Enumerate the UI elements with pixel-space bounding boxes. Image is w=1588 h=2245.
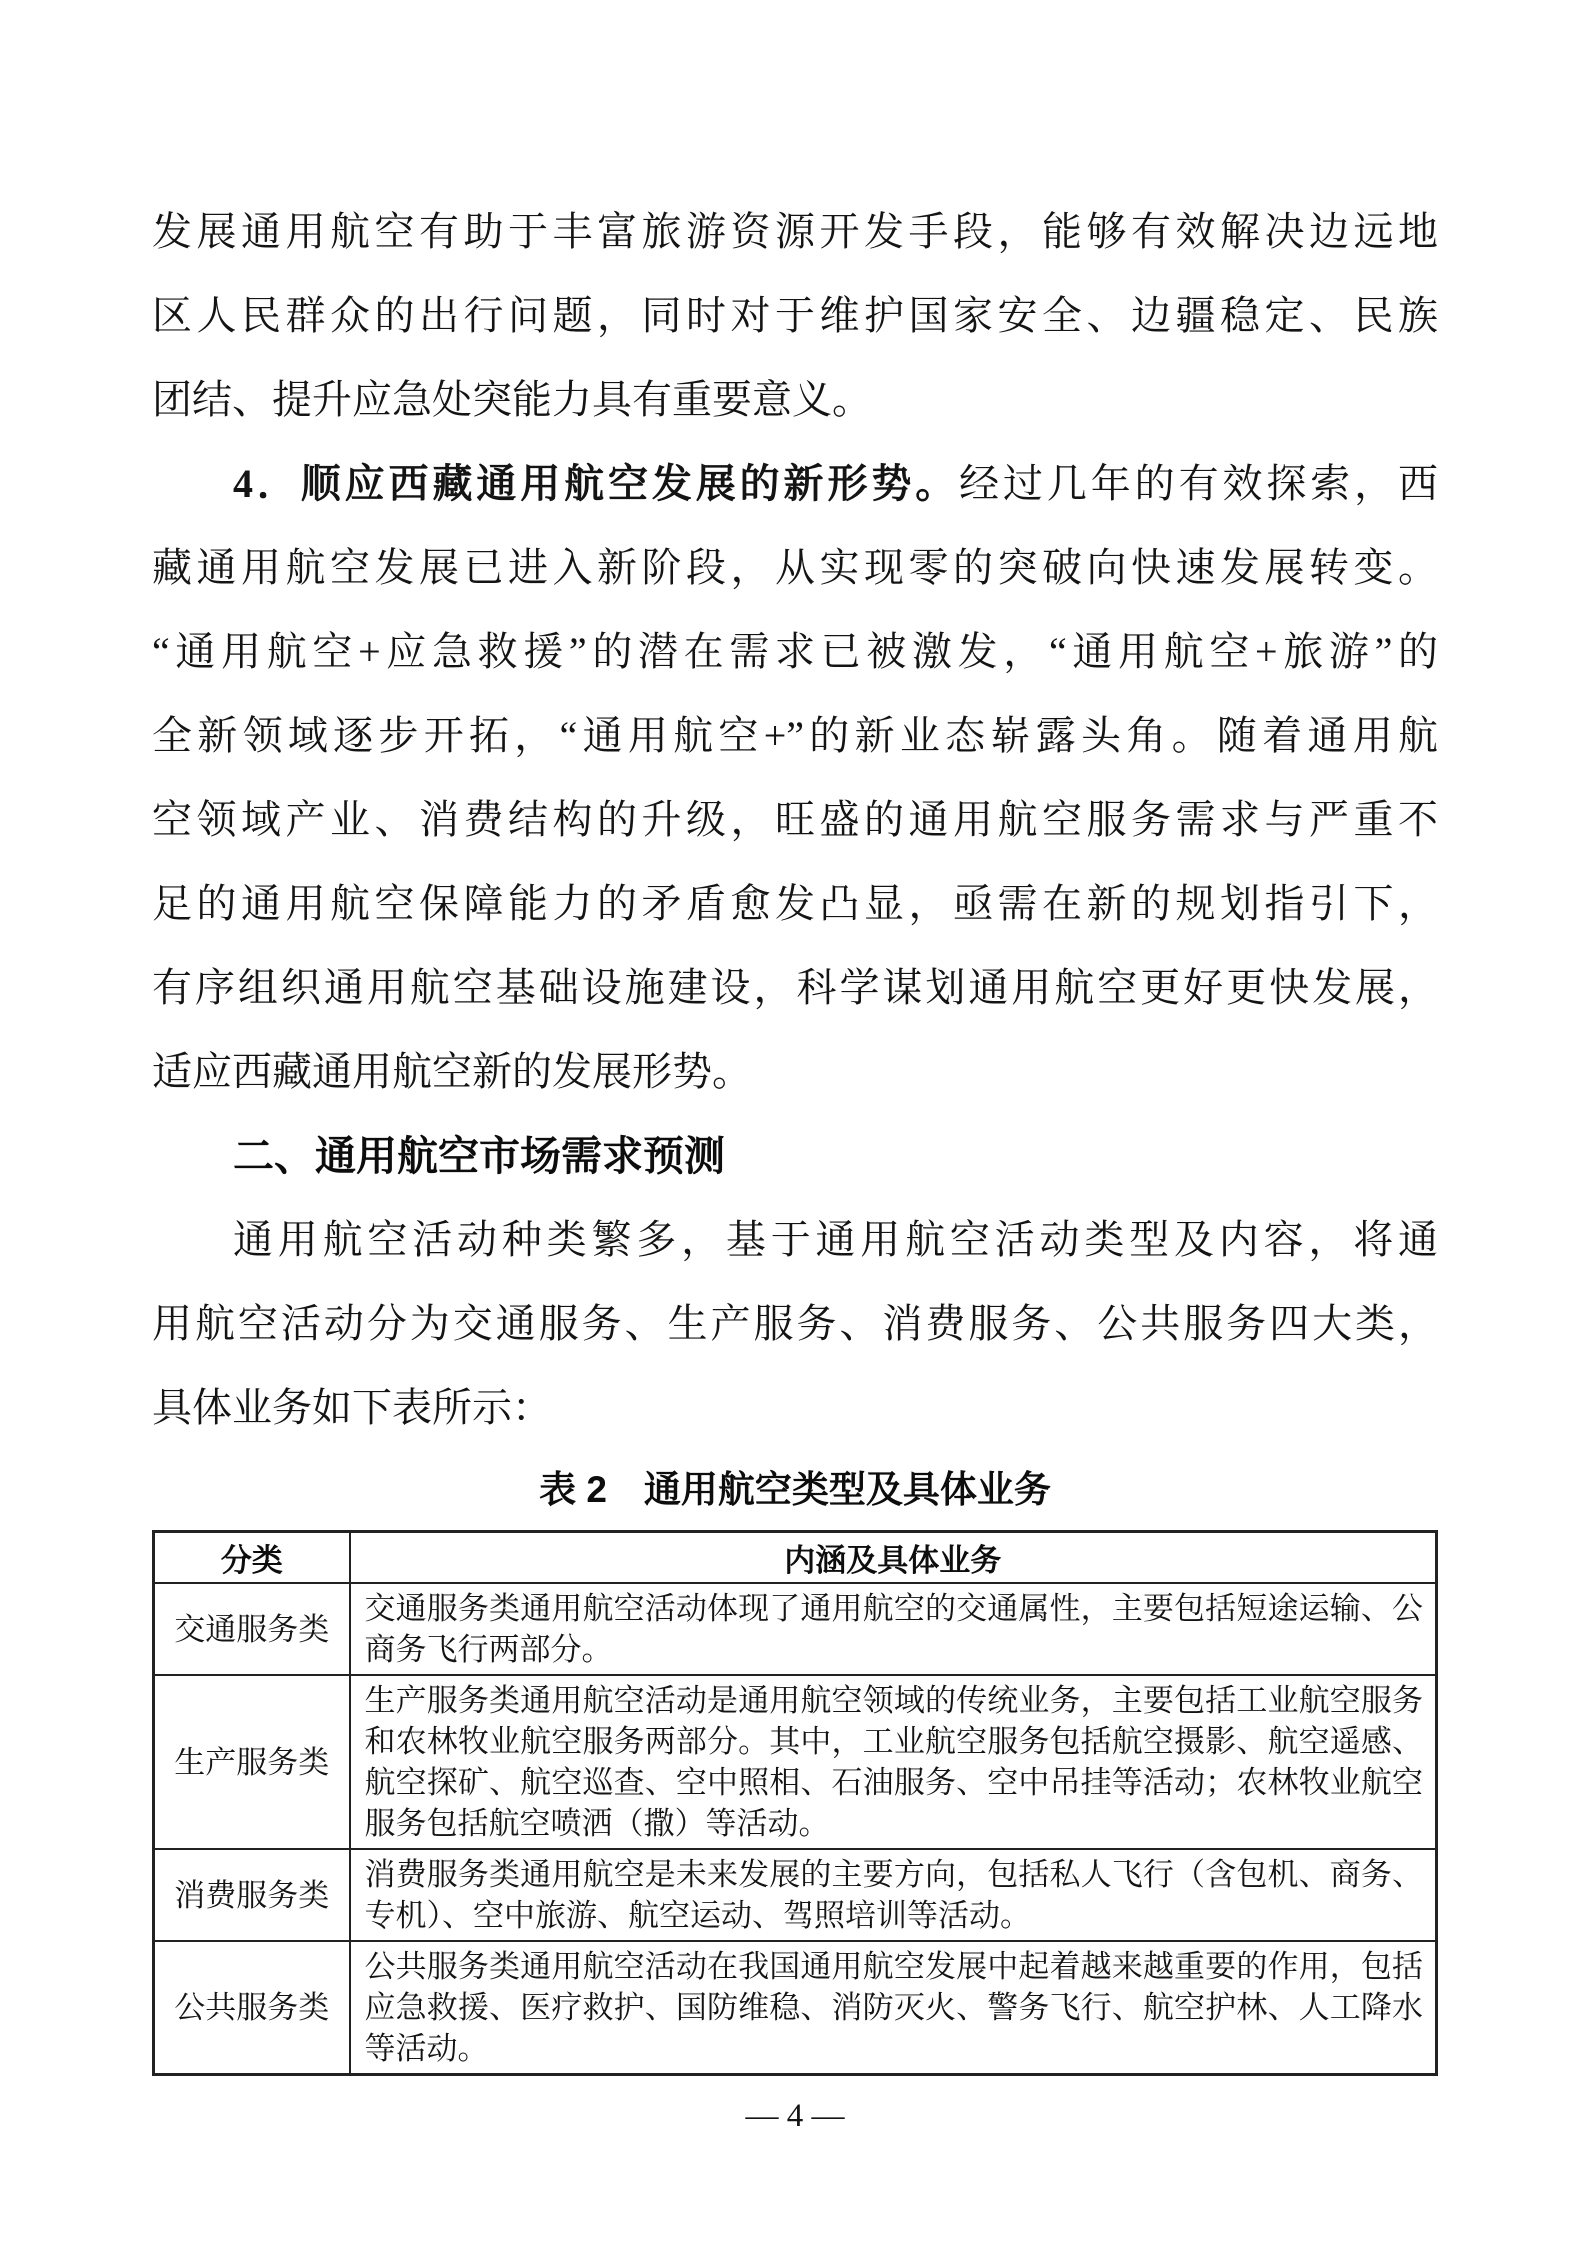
text-line: 有序组织通用航空基础设施建设，科学谋划通用航空更好更快发展， [152,946,1438,1030]
text-line: 空领域产业、消费结构的升级，旺盛的通用航空服务需求与严重不 [152,778,1438,862]
table-header-category: 分类 [154,1532,350,1584]
category-cell: 生产服务类 [154,1675,350,1849]
table-header-description: 内涵及具体业务 [350,1532,1437,1584]
text-line: 区人民群众的出行问题，同时对于维护国家安全、边疆稳定、民族 [152,274,1438,358]
item-lead-text: 经过几年的有效探索，西 [959,461,1438,506]
table-caption: 表 2 通用航空类型及具体业务 [152,1450,1438,1530]
text-line: 适应西藏通用航空新的发展形势。 [152,1030,1438,1114]
category-cell: 交通服务类 [154,1583,350,1675]
text-line: 4．顺应西藏通用航空发展的新形势。经过几年的有效探索，西 [152,442,1438,526]
page-content: 发展通用航空有助于丰富旅游资源开发手段，能够有效解决边远地 区人民群众的出行问题… [0,0,1588,2136]
aviation-classification-table: 分类 内涵及具体业务 交通服务类 交通服务类通用航空活动体现了通用航空的交通属性… [152,1530,1438,2076]
table-row: 生产服务类 生产服务类通用航空活动是通用航空领域的传统业务，主要包括工业航空服务… [154,1675,1437,1849]
section-heading: 二、通用航空市场需求预测 [152,1114,1438,1198]
table-row: 公共服务类 公共服务类通用航空活动在我国通用航空发展中起着越来越重要的作用，包括… [154,1941,1437,2075]
text-line: 藏通用航空发展已进入新阶段，从实现零的突破向快速发展转变。 [152,526,1438,610]
item-number-title: 4．顺应西藏通用航空发展的新形势。 [233,461,959,506]
text-line: 发展通用航空有助于丰富旅游资源开发手段，能够有效解决边远地 [152,190,1438,274]
description-cell: 交通服务类通用航空活动体现了通用航空的交通属性，主要包括短途运输、公商务飞行两部… [350,1583,1437,1675]
table-row: 交通服务类 交通服务类通用航空活动体现了通用航空的交通属性，主要包括短途运输、公… [154,1583,1437,1675]
text-line: 具体业务如下表所示： [152,1366,1438,1450]
description-cell: 消费服务类通用航空是未来发展的主要方向，包括私人飞行（含包机、商务、专机）、空中… [350,1849,1437,1941]
page-number: — 4 — [152,2096,1438,2136]
document-page: 发展通用航空有助于丰富旅游资源开发手段，能够有效解决边远地 区人民群众的出行问题… [0,0,1588,2245]
text-line: 用航空活动分为交通服务、生产服务、消费服务、公共服务四大类， [152,1282,1438,1366]
description-cell: 公共服务类通用航空活动在我国通用航空发展中起着越来越重要的作用，包括应急救援、医… [350,1941,1437,2075]
text-line: “通用航空+应急救援”的潜在需求已被激发，“通用航空+旅游”的 [152,610,1438,694]
text-line: 足的通用航空保障能力的矛盾愈发凸显，亟需在新的规划指引下， [152,862,1438,946]
text-line: 团结、提升应急处突能力具有重要意义。 [152,358,1438,442]
category-cell: 公共服务类 [154,1941,350,2075]
description-cell: 生产服务类通用航空活动是通用航空领域的传统业务，主要包括工业航空服务和农林牧业航… [350,1675,1437,1849]
category-cell: 消费服务类 [154,1849,350,1941]
table-header-row: 分类 内涵及具体业务 [154,1532,1437,1584]
table-row: 消费服务类 消费服务类通用航空是未来发展的主要方向，包括私人飞行（含包机、商务、… [154,1849,1437,1941]
text-line: 通用航空活动种类繁多，基于通用航空活动类型及内容，将通 [152,1198,1438,1282]
text-line: 全新领域逐步开拓，“通用航空+”的新业态崭露头角。随着通用航 [152,694,1438,778]
